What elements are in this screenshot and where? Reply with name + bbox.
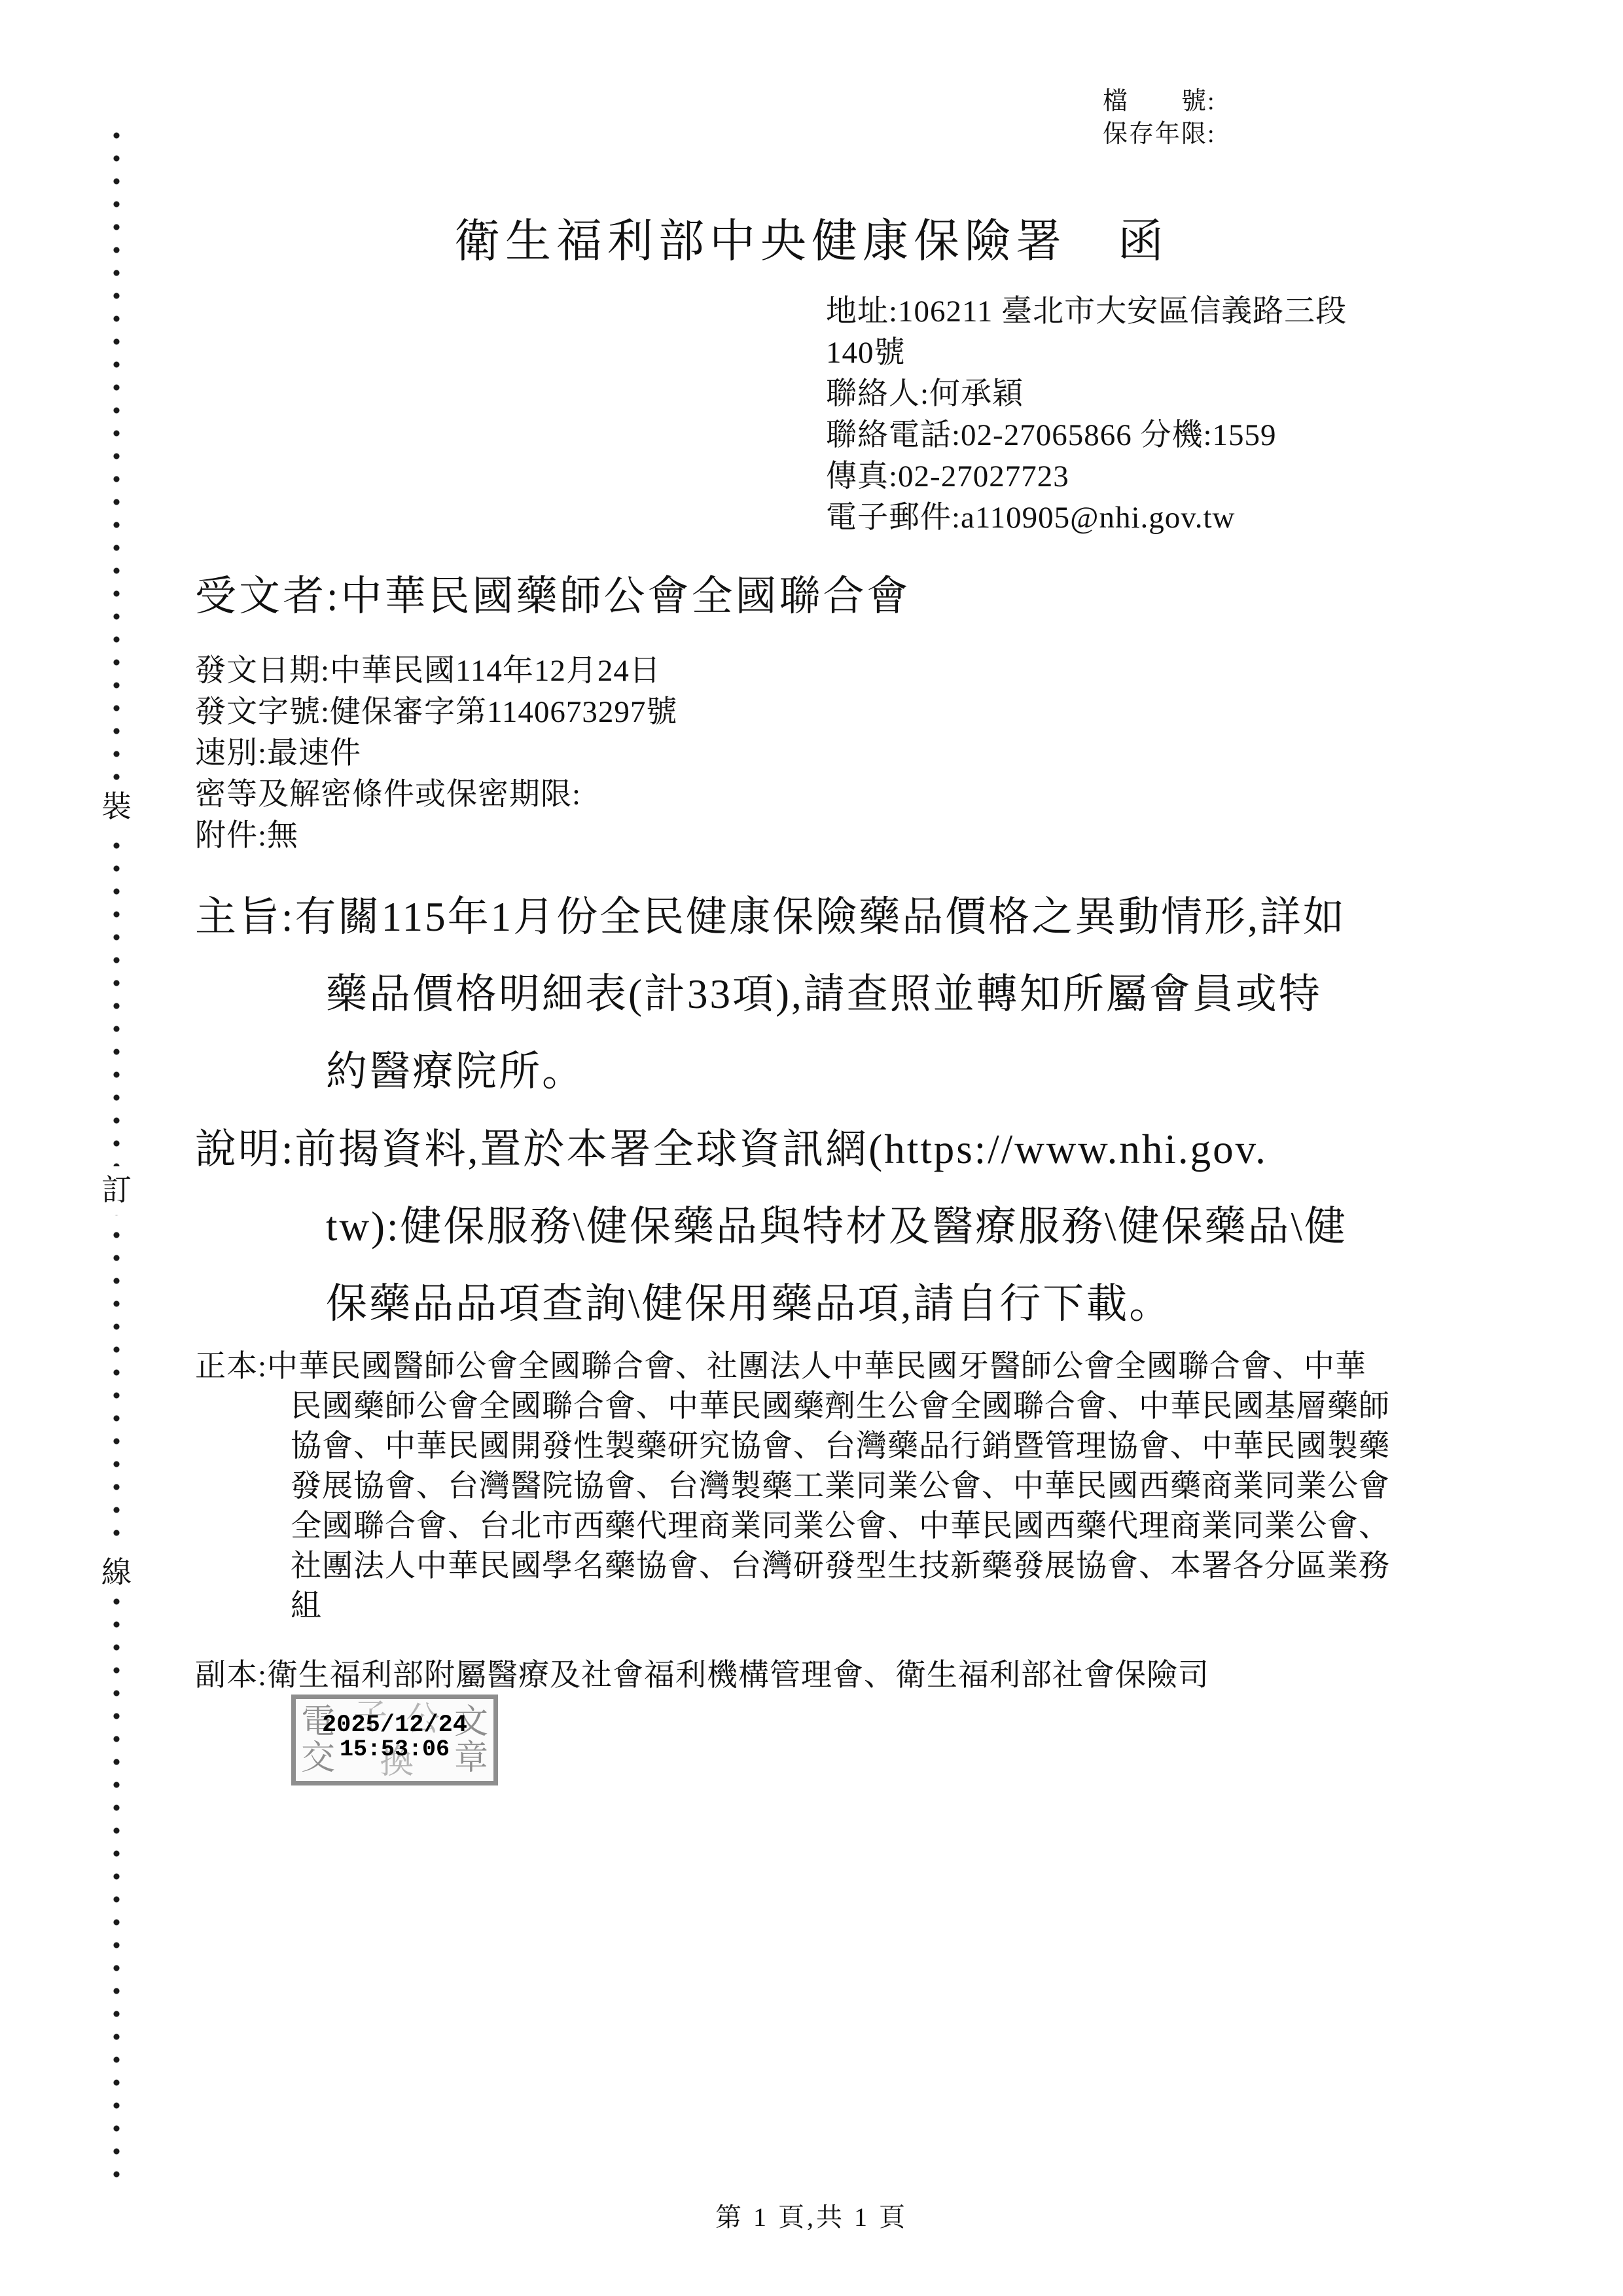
stamp-datetime: 2025/12/24 15:53:06 [296,1713,493,1762]
issue-date-line: 發文日期:中華民國114年12月24日 [195,651,677,692]
original-recipients-line: 社團法人中華民國學名藥協會、台灣研發型生技新藥發展協會、本署各分區業務 [291,1547,1390,1587]
binding-mark-ding: 訂 [98,1166,135,1215]
binding-mark-xian: 線 [98,1549,135,1597]
cc-recipients-line: 副本:衛生福利部附屬醫療及社會福利機構管理會、衛生福利部社會保險司 [195,1651,1209,1695]
explanation-line: 說明:前揭資料,置於本署全球資訊網(https://www.nhi.gov. [195,1111,1347,1188]
original-recipients-line: 組 [291,1587,1390,1626]
subject-line: 約醫療院所。 [326,1033,1346,1110]
electronic-exchange-stamp: 電 子 公 文 交 換 章 2025/12/24 15:53:06 [291,1695,498,1785]
original-recipients-block: 正本:中華民國醫師公會全國聯合會、社團法人中華民國牙醫師公會全國聯合會、中華 民… [195,1347,1390,1626]
official-letter-page: 裝 訂 線 檔 號: 保存年限: 衛生福利部中央健康保險署 函 地址:10621… [0,0,1623,2296]
subject-line: 藥品價格明細表(計33項),請查照並轉知所屬會員或特 [326,956,1346,1033]
explanation-line: 保藥品品項查詢\健保用藥品項,請自行下載。 [326,1265,1347,1342]
subject-paragraph: 主旨:有關115年1月份全民健康保險藥品價格之異動情形,詳如 藥品價格明細表(計… [195,878,1346,1110]
classification-line: 密等及解密條件或保密期限: [195,774,677,816]
priority-line: 速別:最速件 [195,733,677,774]
page-number-footer: 第 1 頁,共 1 頁 [0,2197,1623,2234]
sender-address-line2: 140號 [826,332,1347,374]
reference-number-line: 發文字號:健保審字第1140673297號 [195,692,677,733]
sender-contact-person: 聯絡人:何承穎 [826,374,1347,415]
sender-contact-block: 地址:106211 臺北市大安區信義路三段 140號 聯絡人:何承穎 聯絡電話:… [826,291,1347,539]
sender-email: 電子郵件:a110905@nhi.gov.tw [826,497,1347,539]
sender-fax: 傳真:02-27027723 [826,456,1347,497]
document-meta-block: 發文日期:中華民國114年12月24日 發文字號:健保審字第1140673297… [195,651,677,857]
sender-phone: 聯絡電話:02-27065866 分機:1559 [826,415,1347,456]
binding-mark-zhuang: 裝 [98,783,135,831]
archive-file-no-label: 檔 號: [1103,85,1216,118]
attachment-line: 附件:無 [195,816,677,857]
archive-retention-label: 保存年限: [1103,118,1216,151]
stamp-time: 15:53:06 [296,1738,493,1762]
original-recipients-line: 協會、中華民國開發性製藥研究協會、台灣藥品行銷暨管理協會、中華民國製藥 [291,1427,1390,1467]
original-recipients-line: 民國藥師公會全國聯合會、中華民國藥劑生公會全國聯合會、中華民國基層藥師 [291,1387,1390,1427]
subject-line: 主旨:有關115年1月份全民健康保險藥品價格之異動情形,詳如 [195,878,1346,956]
explanation-paragraph: 說明:前揭資料,置於本署全球資訊網(https://www.nhi.gov. t… [195,1111,1347,1342]
binding-dotted-line [113,131,120,2186]
original-recipients-line: 發展協會、台灣醫院協會、台灣製藥工業同業公會、中華民國西藥商業同業公會 [291,1467,1390,1507]
stamp-date: 2025/12/24 [296,1713,493,1738]
sender-address-line: 地址:106211 臺北市大安區信義路三段 [826,291,1347,332]
original-recipients-line: 全國聯合會、台北市西藥代理商業同業公會、中華民國西藥代理商業同業公會、 [291,1507,1390,1547]
original-recipients-line: 正本:中華民國醫師公會全國聯合會、社團法人中華民國牙醫師公會全國聯合會、中華 [195,1347,1390,1387]
document-title: 衛生福利部中央健康保險署 函 [0,204,1623,270]
explanation-line: tw):健保服務\健保藥品與特材及醫療服務\健保藥品\健 [326,1188,1347,1265]
recipient-line: 受文者:中華民國藥師公會全國聯合會 [195,563,911,622]
archive-block: 檔 號: 保存年限: [1103,85,1216,151]
